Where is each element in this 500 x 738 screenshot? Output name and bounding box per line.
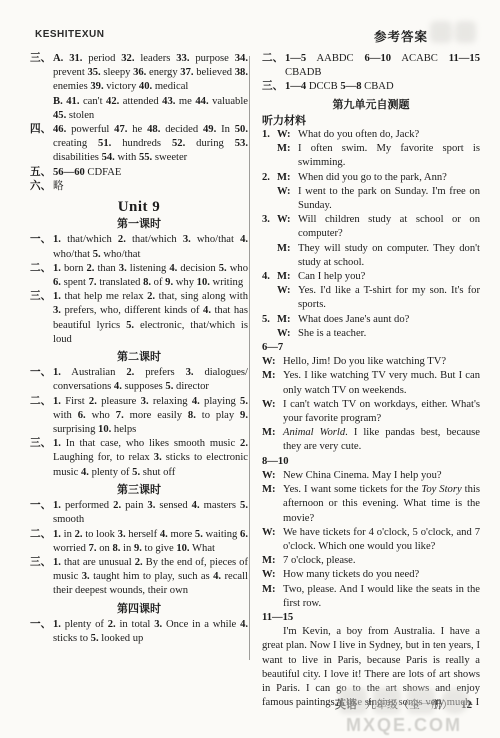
speaker-label: M: xyxy=(262,369,276,383)
dialog-line: W:New China Cinema. May I help you? xyxy=(262,469,480,483)
answer-line: 一、1. Australian 2. prefers 3. dialogues/… xyxy=(30,366,248,394)
page-title: 参考答案 xyxy=(374,27,428,45)
dialog-line: M:Yes. I like watching TV very much. But… xyxy=(262,369,480,397)
speaker-label: M: xyxy=(262,483,276,497)
answer-text: A. 31. period 32. leaders 33. purpose 34… xyxy=(53,53,248,92)
speaker-label: W: xyxy=(262,398,276,412)
answer-line: 三、1. that are unusual 2. By the end of, … xyxy=(30,556,248,599)
dialog-text: Will children study at school or on comp… xyxy=(298,214,480,239)
list-marker: 一、 xyxy=(30,499,51,513)
speaker-label: W: xyxy=(262,568,276,582)
speaker-label: M: xyxy=(277,313,291,327)
list-marker: 一、 xyxy=(30,366,51,380)
speaker-label: M: xyxy=(277,142,291,156)
dialog-line: W:She is a teacher. xyxy=(262,327,480,341)
answer-text: 1—5 AABDC 6—10 ACABC 11—15 CBADB xyxy=(285,53,480,78)
dialog-text: Yes. I'd like a T-shirt for my son. It's… xyxy=(298,285,480,310)
section-heading: 第四课时 xyxy=(30,602,248,616)
answer-line: 三、1. In that case, who likes smooth musi… xyxy=(30,437,248,480)
footer-page-number: 12 xyxy=(461,699,472,711)
dialog-text: Yes. I like watching TV very much. But I… xyxy=(283,370,480,395)
dialog-line: 3.W:Will children study at school or on … xyxy=(262,213,480,241)
list-marker: 二、 xyxy=(30,528,51,542)
list-marker: 一、 xyxy=(30,618,51,632)
dialog-line: M:Two, please. And I would like the seat… xyxy=(262,583,480,611)
list-marker: 三、 xyxy=(30,52,51,66)
speaker-label: W: xyxy=(262,526,276,540)
answer-text: 1. that are unusual 2. By the end of, pi… xyxy=(53,557,248,596)
answer-line: 四、46. powerful 47. he 48. decided 49. In… xyxy=(30,123,248,166)
dialog-text: Yes. I want some tickets for the Toy Sto… xyxy=(283,484,480,523)
dialog-text: New China Cinema. May I help you? xyxy=(283,470,442,481)
column-divider xyxy=(249,56,250,660)
dialog-text: I went to the park on Sunday. I'm free o… xyxy=(298,186,480,211)
answer-text: 略 xyxy=(53,181,64,192)
watermark-site-text: MXQE.COM xyxy=(314,715,494,736)
list-marker: 二、 xyxy=(30,395,51,409)
section-heading: 第三课时 xyxy=(30,483,248,497)
speaker-label: W: xyxy=(277,284,291,298)
answer-line: 一、1. that/which 2. that/which 3. who/tha… xyxy=(30,233,248,261)
answer-text: 1. performed 2. pain 3. sensed 4. master… xyxy=(53,500,248,525)
answer-text: 1. born 2. than 3. listening 4. decision… xyxy=(53,263,248,288)
answer-line: 二、1. First 2. pleasure 3. relaxing 4. pl… xyxy=(30,395,248,438)
dialog-text: Can I help you? xyxy=(298,271,365,282)
answer-text: 1. plenty of 2. in total 3. Once in a wh… xyxy=(53,619,248,644)
dialog-text: Animal World. I like pandas best, becaus… xyxy=(283,427,480,452)
answer-line: 二、1. born 2. than 3. listening 4. decisi… xyxy=(30,262,248,290)
speaker-label: W: xyxy=(262,469,276,483)
watermark-glyph xyxy=(430,21,452,43)
dialog-text: What do you often do, Jack? xyxy=(298,129,419,140)
list-marker: 三、 xyxy=(30,290,51,304)
answer-line: 二、1—5 AABDC 6—10 ACABC 11—15 CBADB xyxy=(262,52,480,80)
watermark-glyph xyxy=(455,21,477,43)
answer-line: 三、1. that help me relax 2. that, sing al… xyxy=(30,290,248,347)
speaker-label: M: xyxy=(262,583,276,597)
brand-text: KESHITEXUN xyxy=(35,29,104,40)
item-number: 3. xyxy=(262,213,270,227)
list-marker: 五、 xyxy=(30,166,51,180)
dialog-line: 1.W:What do you often do, Jack? xyxy=(262,128,480,142)
list-marker: 三、 xyxy=(30,437,51,451)
right-column: 二、1—5 AABDC 6—10 ACABC 11—15 CBADB三、1—4 … xyxy=(262,52,480,710)
answer-subline: B. 41. can't 42. attended 43. me 44. val… xyxy=(30,95,248,123)
watermark-logo-top xyxy=(430,21,476,43)
answer-line: 二、1. in 2. to look 3. herself 4. more 5.… xyxy=(30,528,248,556)
dialog-line: 4.M:Can I help you? xyxy=(262,270,480,284)
dialog-line: M:They will study on computer. They don'… xyxy=(262,242,480,270)
dialog-line: W:I went to the park on Sunday. I'm free… xyxy=(262,185,480,213)
dialog-text: I often swim. My favorite sport is swimm… xyxy=(298,143,480,168)
answer-text: 1. that/which 2. that/which 3. who/that … xyxy=(53,234,248,259)
dialog-line: 5.M:What does Jane's aunt do? xyxy=(262,313,480,327)
left-column: 三、A. 31. period 32. leaders 33. purpose … xyxy=(30,52,248,646)
dialog-text: We have tickets for 4 o'clock, 5 o'clock… xyxy=(283,527,480,552)
answer-key-page: { "header": { "brand": "KESHITEXUN", "ti… xyxy=(0,0,500,738)
item-number: 2. xyxy=(262,171,270,185)
dialog-line: M:I often swim. My favorite sport is swi… xyxy=(262,142,480,170)
answer-line: 一、1. plenty of 2. in total 3. Once in a … xyxy=(30,618,248,646)
speaker-label: W: xyxy=(277,185,291,199)
footer-grade-label: 九年级（全一册） xyxy=(365,699,453,711)
item-number: 4. xyxy=(262,270,270,284)
speaker-label: M: xyxy=(277,270,291,284)
listening-material-label: 听力材料 xyxy=(262,114,480,128)
answer-line: 六、略 xyxy=(30,180,248,194)
section-heading: 第九单元自测题 xyxy=(262,98,480,112)
dialog-line: W:We have tickets for 4 o'clock, 5 o'clo… xyxy=(262,526,480,554)
answer-text: 1. First 2. pleasure 3. relaxing 4. play… xyxy=(53,396,248,435)
question-range: 11—15 xyxy=(262,611,480,625)
speaker-label: M: xyxy=(277,171,291,185)
answer-text: 1. in 2. to look 3. herself 4. more 5. w… xyxy=(53,529,248,554)
answer-text: 1—4 DCCB 5—8 CBAD xyxy=(285,81,394,92)
dialog-text: 7 o'clock, please. xyxy=(283,555,356,566)
dialog-text: When did you go to the park, Ann? xyxy=(298,172,447,183)
dialog-line: W:Hello, Jim! Do you like watching TV? xyxy=(262,355,480,369)
item-number: 5. xyxy=(262,313,270,327)
section-heading: 第一课时 xyxy=(30,217,248,231)
speaker-label: M: xyxy=(262,426,276,440)
answer-text: 1. In that case, who likes smooth music … xyxy=(53,438,248,477)
answer-line: 五、56—60 CDFAE xyxy=(30,166,248,180)
section-heading: 第二课时 xyxy=(30,350,248,364)
answer-line: 三、1—4 DCCB 5—8 CBAD xyxy=(262,80,480,94)
speaker-label: W: xyxy=(277,327,291,341)
dialog-text: Hello, Jim! Do you like watching TV? xyxy=(283,356,446,367)
list-marker: 二、 xyxy=(30,262,51,276)
list-marker: 六、 xyxy=(30,180,51,194)
speaker-label: M: xyxy=(262,554,276,568)
answer-text: B. 41. can't 42. attended 43. me 44. val… xyxy=(53,96,248,121)
dialog-text: I can't watch TV on workdays, either. Wh… xyxy=(283,399,480,424)
answer-text: 56—60 CDFAE xyxy=(53,167,121,178)
question-range: 8—10 xyxy=(262,455,480,469)
list-marker: 一、 xyxy=(30,233,51,247)
answer-text: 46. powerful 47. he 48. decided 49. In 5… xyxy=(53,124,248,163)
answer-text: 1. Australian 2. prefers 3. dialogues/ c… xyxy=(53,367,248,392)
dialog-text: Two, please. And I would like the seats … xyxy=(283,584,480,609)
answer-line: 一、1. performed 2. pain 3. sensed 4. mast… xyxy=(30,499,248,527)
dialog-text: She is a teacher. xyxy=(298,328,366,339)
speaker-label: W: xyxy=(277,213,291,227)
unit-title: Unit 9 xyxy=(30,200,248,214)
item-number: 1. xyxy=(262,128,270,142)
dialog-line: 2.M:When did you go to the park, Ann? xyxy=(262,171,480,185)
speaker-label: M: xyxy=(277,242,291,256)
question-range: 6—7 xyxy=(262,341,480,355)
speaker-label: W: xyxy=(262,355,276,369)
answer-line: 三、A. 31. period 32. leaders 33. purpose … xyxy=(30,52,248,95)
list-marker: 四、 xyxy=(30,123,51,137)
dialog-line: W:How many tickets do you need? xyxy=(262,568,480,582)
dialog-line: W:I can't watch TV on workdays, either. … xyxy=(262,398,480,426)
answer-text: 1. that help me relax 2. that, sing alon… xyxy=(53,291,248,345)
speaker-label: W: xyxy=(277,128,291,142)
dialog-line: M:7 o'clock, please. xyxy=(262,554,480,568)
dialog-line: M:Yes. I want some tickets for the Toy S… xyxy=(262,483,480,526)
dialog-text: How many tickets do you need? xyxy=(283,569,419,580)
dialog-text: They will study on computer. They don't … xyxy=(298,243,480,268)
list-marker: 二、 xyxy=(262,52,283,66)
list-marker: 三、 xyxy=(30,556,51,570)
footer-subject: 英语 xyxy=(335,699,357,711)
dialog-line: M:Animal World. I like pandas best, beca… xyxy=(262,426,480,454)
list-marker: 三、 xyxy=(262,80,283,94)
dialog-text: What does Jane's aunt do? xyxy=(298,314,409,325)
page-footer: 英语九年级（全一册）12 xyxy=(335,696,472,712)
dialog-line: W:Yes. I'd like a T-shirt for my son. It… xyxy=(262,284,480,312)
